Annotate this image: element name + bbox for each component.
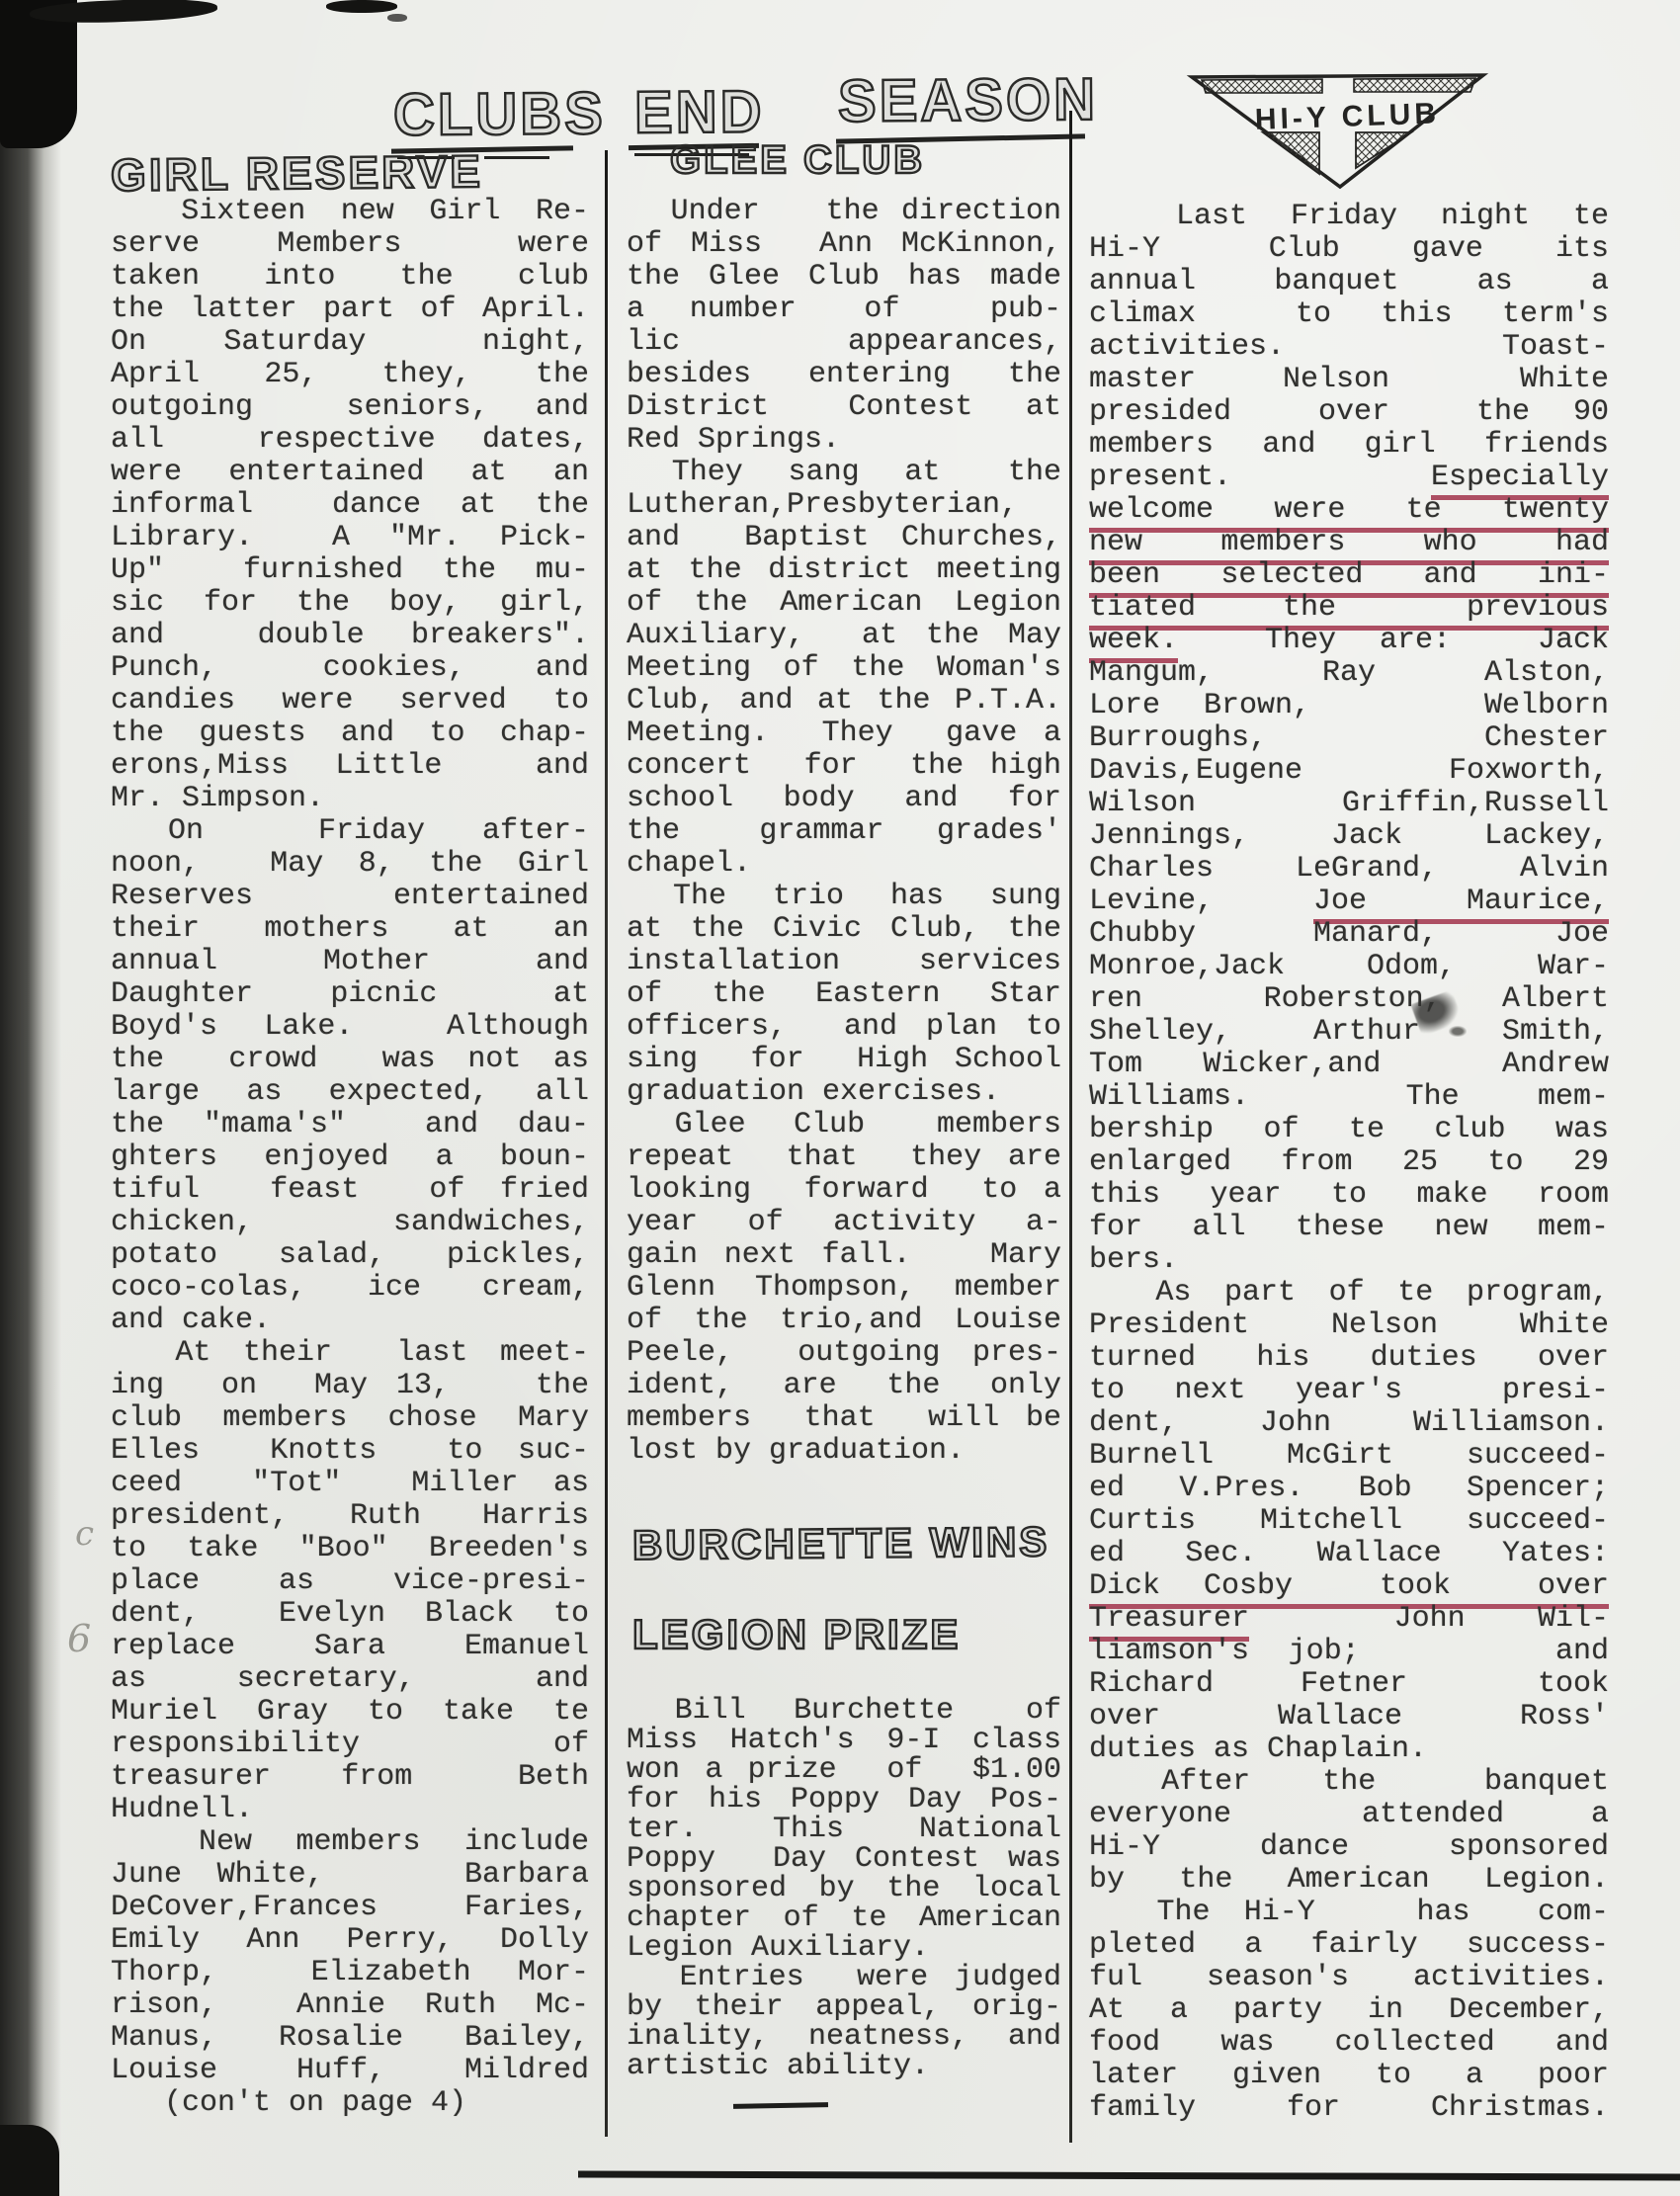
typed-line: serve Members were bbox=[111, 228, 589, 261]
typed-line: family for Christmas. bbox=[1089, 2092, 1609, 2125]
typed-line: officers, and plan to bbox=[627, 1011, 1061, 1044]
typed-line: Peele, outgoing pres- bbox=[627, 1337, 1061, 1370]
typed-line: for all these new mem- bbox=[1089, 1212, 1609, 1244]
burchette-heading-line1: BURCHETTE WINS bbox=[632, 1518, 1050, 1569]
typed-line: new members who had bbox=[1089, 527, 1609, 559]
typed-line: Davis,Eugene Foxworth, bbox=[1089, 755, 1609, 788]
typed-line: present. Especially bbox=[1089, 462, 1609, 494]
typed-line: inality, neatness, and bbox=[627, 2022, 1061, 2052]
typed-line: Chubby Manard, Joe bbox=[1089, 918, 1609, 951]
typed-line: Miss Hatch's 9-I class bbox=[627, 1726, 1061, 1755]
hi-y-article: Last Friday night teHi-Y Club gave itsan… bbox=[1089, 201, 1609, 2125]
typed-line: ful season's activities. bbox=[1089, 1962, 1609, 1994]
typed-line: Thorp, Elizabeth Mor- bbox=[111, 1957, 589, 1989]
typed-line: New members include bbox=[111, 1826, 589, 1859]
typed-line: Mangum, Ray Alston, bbox=[1089, 657, 1609, 690]
glee-club-heading: GLEE CLUB bbox=[670, 138, 925, 183]
typed-line: Treasurer John Wil- bbox=[1089, 1603, 1609, 1636]
margin-pencil-mark: c bbox=[75, 1514, 94, 1554]
typed-line: presided over the 90 bbox=[1089, 396, 1609, 429]
typed-line: concert for the high bbox=[627, 750, 1061, 783]
typed-line: candies were served to bbox=[111, 685, 589, 718]
typed-line: Daughter picnic at bbox=[111, 978, 589, 1011]
typed-line: by the American Legion. bbox=[1089, 1864, 1609, 1897]
scan-corner-blob bbox=[0, 0, 77, 148]
article-end-mark bbox=[733, 2102, 828, 2109]
typed-line: repeat that they are bbox=[627, 1141, 1061, 1174]
burchette-article: Bill Burchette ofMiss Hatch's 9-I classw… bbox=[627, 1696, 1061, 2081]
typed-line: Burnell McGirt succeed- bbox=[1089, 1440, 1609, 1473]
typed-line: At a party in December, bbox=[1089, 1994, 1609, 2027]
typed-line: later given to a poor bbox=[1089, 2060, 1609, 2092]
typed-line: at the Civic Club, the bbox=[627, 913, 1061, 946]
typed-line: Muriel Gray to take te bbox=[111, 1696, 589, 1729]
typed-line: bership of te club was bbox=[1089, 1114, 1609, 1146]
typed-line: lost by graduation. bbox=[627, 1435, 1061, 1468]
typed-line: ident, are the only bbox=[627, 1370, 1061, 1402]
typed-line: Shelley, Arthur Smith, bbox=[1089, 1016, 1609, 1049]
typed-line: large as expected, all bbox=[111, 1076, 589, 1109]
typed-line: treasurer from Beth bbox=[111, 1761, 589, 1794]
typed-line: Sixteen new Girl Re- bbox=[111, 196, 589, 228]
typed-line: outgoing seniors, and bbox=[111, 391, 589, 424]
typed-line: responsibility of bbox=[111, 1729, 589, 1761]
typed-line: On Friday after- bbox=[111, 815, 589, 848]
masthead-word-clubs: CLUBS bbox=[393, 79, 606, 149]
typed-line: school body and for bbox=[627, 783, 1061, 815]
typed-line: June White, Barbara bbox=[111, 1859, 589, 1892]
hi-y-pennant-logo: HI-Y CLUB bbox=[1184, 61, 1492, 194]
girl-reserve-article: Sixteen new Girl Re-serve Members wereta… bbox=[111, 196, 589, 2120]
typed-line: Glenn Thompson, member bbox=[627, 1272, 1061, 1305]
typed-line: the crowd was not as bbox=[111, 1044, 589, 1076]
column-divider bbox=[605, 150, 608, 2137]
typed-line: Meeting. They gave a bbox=[627, 718, 1061, 750]
typed-line: Reserves entertained bbox=[111, 881, 589, 913]
typed-line: chapel. bbox=[627, 848, 1061, 881]
typed-line: Elles Knotts to suc- bbox=[111, 1435, 589, 1468]
typed-line: (con't on page 4) bbox=[111, 2087, 589, 2120]
typed-line: erons,Miss Little and bbox=[111, 750, 589, 783]
typed-line: of Miss Ann McKinnon, bbox=[627, 228, 1061, 261]
typed-line: tiated the previous bbox=[1089, 592, 1609, 625]
typed-line: coco-colas, ice cream, bbox=[111, 1272, 589, 1305]
typed-line: the guests and to chap- bbox=[111, 718, 589, 750]
typed-line: Mr. Simpson. bbox=[111, 783, 589, 815]
typed-line: At their last meet- bbox=[111, 1337, 589, 1370]
typed-line: Under the direction bbox=[627, 196, 1061, 228]
scan-bottom-edge bbox=[578, 2171, 1680, 2181]
typed-line: year of activity a- bbox=[627, 1207, 1061, 1239]
typed-line: Monroe,Jack Odom, War- bbox=[1089, 951, 1609, 983]
typed-line: ghters enjoyed a boun- bbox=[111, 1141, 589, 1174]
pennant-label: HI-Y CLUB bbox=[1254, 97, 1440, 136]
typed-line: welcome were te twenty bbox=[1089, 494, 1609, 527]
scan-smear bbox=[30, 0, 218, 25]
typed-line: gain next fall. Mary bbox=[627, 1239, 1061, 1272]
typed-line: Jennings, Jack Lackey, bbox=[1089, 820, 1609, 853]
typed-line: Hi-Y dance sponsored bbox=[1089, 1831, 1609, 1864]
typed-line: besides entering the bbox=[627, 359, 1061, 391]
typed-line: the grammar grades' bbox=[627, 815, 1061, 848]
typed-line: On Saturday night, bbox=[111, 326, 589, 359]
typed-line: climax to this term's bbox=[1089, 298, 1609, 331]
typed-line: chapter of te American bbox=[627, 1903, 1061, 1933]
typed-line: ceed "Tot" Miller as bbox=[111, 1468, 589, 1500]
typed-line: graduation exercises. bbox=[627, 1076, 1061, 1109]
typed-line: to take "Boo" Breeden's bbox=[111, 1533, 589, 1565]
typed-line: turned his duties over bbox=[1089, 1342, 1609, 1375]
typed-line: of the American Legion bbox=[627, 587, 1061, 620]
typed-line: enlarged from 25 to 29 bbox=[1089, 1146, 1609, 1179]
typed-line: members that will be bbox=[627, 1402, 1061, 1435]
typed-line: April 25, they, the bbox=[111, 359, 589, 391]
typed-line: annual Mother and bbox=[111, 946, 589, 978]
typed-line: to next year's presi- bbox=[1089, 1375, 1609, 1407]
typed-line: replace Sara Emanuel bbox=[111, 1631, 589, 1663]
typed-line: Meeting of the Woman's bbox=[627, 652, 1061, 685]
typed-line: chicken, sandwiches, bbox=[111, 1207, 589, 1239]
typed-line: Richard Fetner took bbox=[1089, 1668, 1609, 1701]
typed-line: Curtis Mitchell succeed- bbox=[1089, 1505, 1609, 1538]
typed-line: president, Ruth Harris bbox=[111, 1500, 589, 1533]
typed-line: After the banquet bbox=[1089, 1766, 1609, 1799]
typed-line: and Baptist Churches, bbox=[627, 522, 1061, 554]
scan-smear bbox=[387, 14, 407, 22]
typed-line: of the Eastern Star bbox=[627, 978, 1061, 1011]
typed-line: looking forward to a bbox=[627, 1174, 1061, 1207]
typed-line: by their appeal, orig- bbox=[627, 1992, 1061, 2022]
typed-line: club members chose Mary bbox=[111, 1402, 589, 1435]
typed-line: sing for High School bbox=[627, 1044, 1061, 1076]
typed-line: been selected and ini- bbox=[1089, 559, 1609, 592]
typed-line: the latter part of April. bbox=[111, 294, 589, 326]
typed-line: Williams. The mem- bbox=[1089, 1081, 1609, 1114]
typed-line: President Nelson White bbox=[1089, 1309, 1609, 1342]
typed-line: food was collected and bbox=[1089, 2027, 1609, 2060]
typed-line: as secretary, and bbox=[111, 1663, 589, 1696]
typed-line: activities. Toast- bbox=[1089, 331, 1609, 364]
typed-line: dent, John Williamson. bbox=[1089, 1407, 1609, 1440]
typed-line: noon, May 8, the Girl bbox=[111, 848, 589, 881]
typed-line: dent, Evelyn Black to bbox=[111, 1598, 589, 1631]
typed-line: informal dance at the bbox=[111, 489, 589, 522]
typed-line: artistic ability. bbox=[627, 2052, 1061, 2081]
typed-line: duties as Chaplain. bbox=[1089, 1733, 1609, 1766]
scan-edge-shadow bbox=[0, 0, 61, 2196]
typed-line: Glee Club members bbox=[627, 1109, 1061, 1141]
typed-line: ed Sec. Wallace Yates: bbox=[1089, 1538, 1609, 1570]
scan-smear bbox=[326, 0, 397, 13]
typed-line: Library. A "Mr. Pick- bbox=[111, 522, 589, 554]
typed-line: sic for the boy, girl, bbox=[111, 587, 589, 620]
typed-line: Lutheran,Presbyterian, bbox=[627, 489, 1061, 522]
typed-line: and double breakers". bbox=[111, 620, 589, 652]
typed-line: Wilson Griffin,Russell bbox=[1089, 788, 1609, 820]
typed-line: Punch, cookies, and bbox=[111, 652, 589, 685]
typed-line: Manus, Rosalie Bailey, bbox=[111, 2022, 589, 2055]
masthead-word-season: SEASON bbox=[838, 65, 1098, 136]
typed-line: this year to make room bbox=[1089, 1179, 1609, 1212]
typed-line: their mothers at an bbox=[111, 913, 589, 946]
burchette-heading-line2: LEGION PRIZE bbox=[632, 1611, 961, 1658]
typed-line: They sang at the bbox=[627, 457, 1061, 489]
typed-line: Emily Ann Perry, Dolly bbox=[111, 1924, 589, 1957]
newspaper-page: CLUBS END SEASON HI-Y CLUB GIRL RESERVE … bbox=[0, 0, 1680, 2196]
typed-line: The Hi-Y has com- bbox=[1089, 1897, 1609, 1929]
typed-line: place as vice-presi- bbox=[111, 1565, 589, 1598]
typed-line: a number of pub- bbox=[627, 294, 1061, 326]
margin-pencil-mark: 6 bbox=[67, 1617, 91, 1660]
typed-line: potato salad, pickles, bbox=[111, 1239, 589, 1272]
typed-line: annual banquet as a bbox=[1089, 266, 1609, 298]
typed-line: lic appearances, bbox=[627, 326, 1061, 359]
typed-line: Up" furnished the mu- bbox=[111, 554, 589, 587]
typed-line: Auxiliary, at the May bbox=[627, 620, 1061, 652]
typed-line: at the district meeting bbox=[627, 554, 1061, 587]
typed-line: sponsored by the local bbox=[627, 1874, 1061, 1903]
column-divider bbox=[1069, 111, 1072, 2143]
typed-line: the "mama's" and dau- bbox=[111, 1109, 589, 1141]
typed-line: ing on May 13, the bbox=[111, 1370, 589, 1402]
typed-line: Louise Huff, Mildred bbox=[111, 2055, 589, 2087]
typed-line: Charles LeGrand, Alvin bbox=[1089, 853, 1609, 886]
typed-line: Hi-Y Club gave its bbox=[1089, 233, 1609, 266]
typed-line: Lore Brown, Welborn bbox=[1089, 690, 1609, 722]
typed-line: rison, Annie Ruth Mc- bbox=[111, 1989, 589, 2022]
typed-line: won a prize of $1.00 bbox=[627, 1755, 1061, 1785]
girl-reserve-heading: GIRL RESERVE bbox=[111, 144, 483, 202]
typed-line: the Glee Club has made bbox=[627, 261, 1061, 294]
masthead-underline bbox=[484, 156, 549, 159]
typed-line: Levine, Joe Maurice, bbox=[1089, 886, 1609, 918]
typed-line: The trio has sung bbox=[627, 881, 1061, 913]
typed-line: pleted a fairly success- bbox=[1089, 1929, 1609, 1962]
typed-line: and cake. bbox=[111, 1305, 589, 1337]
typed-line: were entertained at an bbox=[111, 457, 589, 489]
typed-line: master Nelson White bbox=[1089, 364, 1609, 396]
typed-line: tiful feast of fried bbox=[111, 1174, 589, 1207]
typed-line: Legion Auxiliary. bbox=[627, 1933, 1061, 1963]
typed-line: Hudnell. bbox=[111, 1794, 589, 1826]
typed-line: liamson's job; and bbox=[1089, 1636, 1609, 1668]
scan-corner-blob bbox=[0, 2125, 59, 2196]
typed-line: ed V.Pres. Bob Spencer; bbox=[1089, 1473, 1609, 1505]
typed-line: installation services bbox=[627, 946, 1061, 978]
typed-line: over Wallace Ross' bbox=[1089, 1701, 1609, 1733]
typed-line: DeCover,Frances Faries, bbox=[111, 1892, 589, 1924]
typed-line: As part of te program, bbox=[1089, 1277, 1609, 1309]
typed-line: ren Roberston, Albert bbox=[1089, 983, 1609, 1016]
typed-line: Burroughs, Chester bbox=[1089, 722, 1609, 755]
typed-line: Boyd's Lake. Although bbox=[111, 1011, 589, 1044]
typed-line: Club, and at the P.T.A. bbox=[627, 685, 1061, 718]
typed-line: all respective dates, bbox=[111, 424, 589, 457]
glee-club-article: Under the directionof Miss Ann McKinnon,… bbox=[627, 196, 1061, 1468]
typed-line: everyone attended a bbox=[1089, 1799, 1609, 1831]
typed-line: taken into the club bbox=[111, 261, 589, 294]
typed-line: Tom Wicker,and Andrew bbox=[1089, 1049, 1609, 1081]
typed-line: of the trio,and Louise bbox=[627, 1305, 1061, 1337]
typed-line: for his Poppy Day Pos- bbox=[627, 1785, 1061, 1815]
typed-line: members and girl friends bbox=[1089, 429, 1609, 462]
masthead-word-end: END bbox=[634, 77, 765, 147]
typed-line: Bill Burchette of bbox=[627, 1696, 1061, 1726]
typed-line: ter. This National bbox=[627, 1815, 1061, 1844]
typed-line: bers. bbox=[1089, 1244, 1609, 1277]
typed-line: Dick Cosby took over bbox=[1089, 1570, 1609, 1603]
typed-line: District Contest at bbox=[627, 391, 1061, 424]
typed-line: Entries were judged bbox=[627, 1963, 1061, 1992]
typed-line: Last Friday night te bbox=[1089, 201, 1609, 233]
typed-line: week. They are: Jack bbox=[1089, 625, 1609, 657]
typed-line: Poppy Day Contest was bbox=[627, 1844, 1061, 1874]
typed-line: Red Springs. bbox=[627, 424, 1061, 457]
